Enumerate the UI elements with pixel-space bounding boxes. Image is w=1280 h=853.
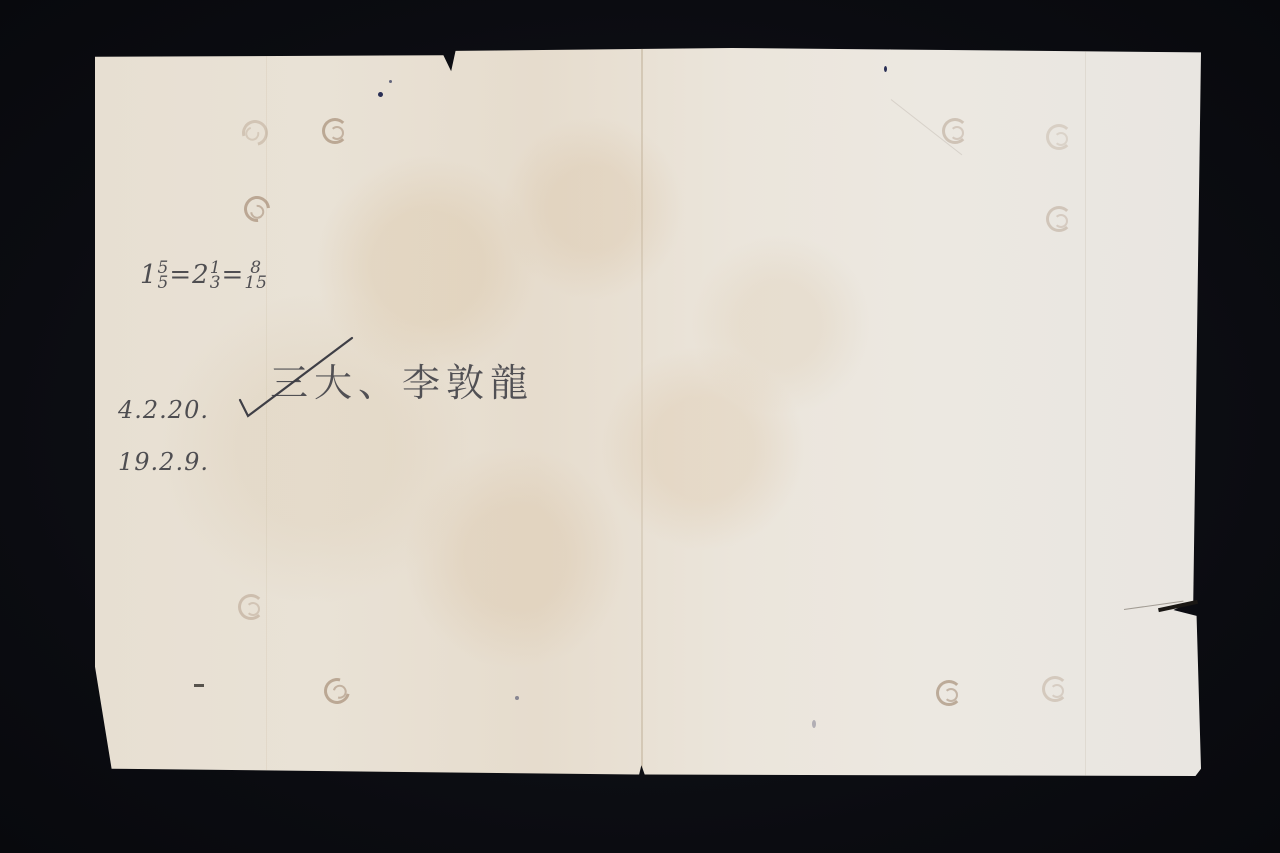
blue-ink-speck	[378, 92, 383, 97]
fraction-2: 13	[210, 261, 222, 292]
spiral-watermark-icon	[1046, 206, 1072, 232]
spiral-watermark-icon	[322, 118, 348, 144]
spiral-watermark-icon	[1042, 676, 1068, 702]
center-fold-line	[641, 48, 643, 776]
fraction-3: 815	[244, 261, 268, 292]
equals-1: =	[169, 260, 192, 290]
equals-2: =	[222, 260, 245, 290]
blue-ink-speck	[389, 80, 392, 83]
dark-speck	[194, 684, 204, 687]
blue-ink-speck	[812, 720, 816, 728]
spiral-watermark-icon	[238, 594, 264, 620]
spiral-watermark-icon	[936, 680, 962, 706]
fraction-equation: 155=213=815	[140, 260, 268, 291]
blue-ink-speck	[884, 66, 887, 72]
spiral-watermark-icon	[942, 118, 968, 144]
whole-1: 1	[140, 260, 158, 290]
handwritten-date-1: 4.2.20.	[118, 396, 209, 424]
spiral-watermark-icon	[1046, 124, 1072, 150]
right-fold-line	[1085, 48, 1086, 776]
fraction-1: 55	[158, 261, 170, 292]
whole-2: 2	[192, 260, 210, 290]
blue-ink-speck	[515, 696, 519, 700]
handwritten-signature: 三大、李敦龍	[270, 352, 534, 407]
handwritten-date-2: 19.2.9.	[118, 448, 209, 476]
